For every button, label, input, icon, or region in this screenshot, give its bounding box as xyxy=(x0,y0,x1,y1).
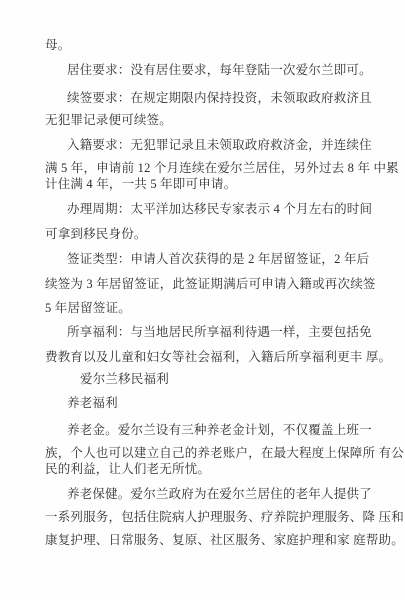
document-line: 无犯罪记录便可续签。 xyxy=(45,113,172,128)
document-line: 续签要求：在规定期限内保持投资，未领取政府救济且 xyxy=(67,91,372,106)
document-line: 所享福利：与当地居民所享福利待遇一样，主要包括免 xyxy=(67,325,372,340)
document-page: 母。 居住要求：没有居住要求，每年登陆一次爱尔兰即可。 续签要求：在规定期限内保… xyxy=(0,0,405,600)
document-line: 入籍要求：无犯罪记录且未领取政府救济金，并连续住 xyxy=(67,138,372,153)
document-line: 5 年居留签证。 xyxy=(45,301,131,316)
document-line: 满 5 年，申请前 12 个月连续在爱尔兰居住，另外过去 8 年 中累 xyxy=(45,161,399,176)
document-line: 母。 xyxy=(45,38,70,53)
document-line: 签证类型：申请人首次获得的是 2 年居留签证，2 年后 xyxy=(67,252,369,267)
document-line: 族，个人也可以建立自己的养老账户，在最大程度上保障所 有公 xyxy=(45,446,404,461)
document-line: 居住要求：没有居住要求，每年登陆一次爱尔兰即可。 xyxy=(67,63,372,78)
document-line: 办理周期：太平洋加达移民专家表示 4 个月左右的时间 xyxy=(67,202,372,217)
document-line: 计住满 4 年，一共 5 年即可申请。 xyxy=(45,177,236,192)
document-line: 养老保健。爱尔兰政府为在爱尔兰居住的老年人提供了 xyxy=(67,487,372,502)
document-line: 续签为 3 年居留签证，此签证期满后可申请入籍或再次续签 xyxy=(45,277,376,292)
document-line: 费教育以及儿童和妇女等社会福利，入籍后所享福利更丰 厚。 xyxy=(45,350,391,365)
document-line: 一系列服务，包括住院病人护理服务、疗养院护理服务、降 压和 xyxy=(45,510,404,525)
document-line: 民的利益，让人们老无所忧。 xyxy=(45,462,210,477)
document-line: 康复护理、日常服务、复原、社区服务、家庭护理和家 庭帮助。 xyxy=(45,533,404,548)
document-line: 可拿到移民身份。 xyxy=(45,227,147,242)
document-section-heading: 爱尔兰移民福利 xyxy=(80,372,169,387)
document-line: 养老金。爱尔兰设有三种养老金计划，不仅覆盖上班一 xyxy=(67,423,372,438)
document-section-heading: 养老福利 xyxy=(67,396,118,411)
